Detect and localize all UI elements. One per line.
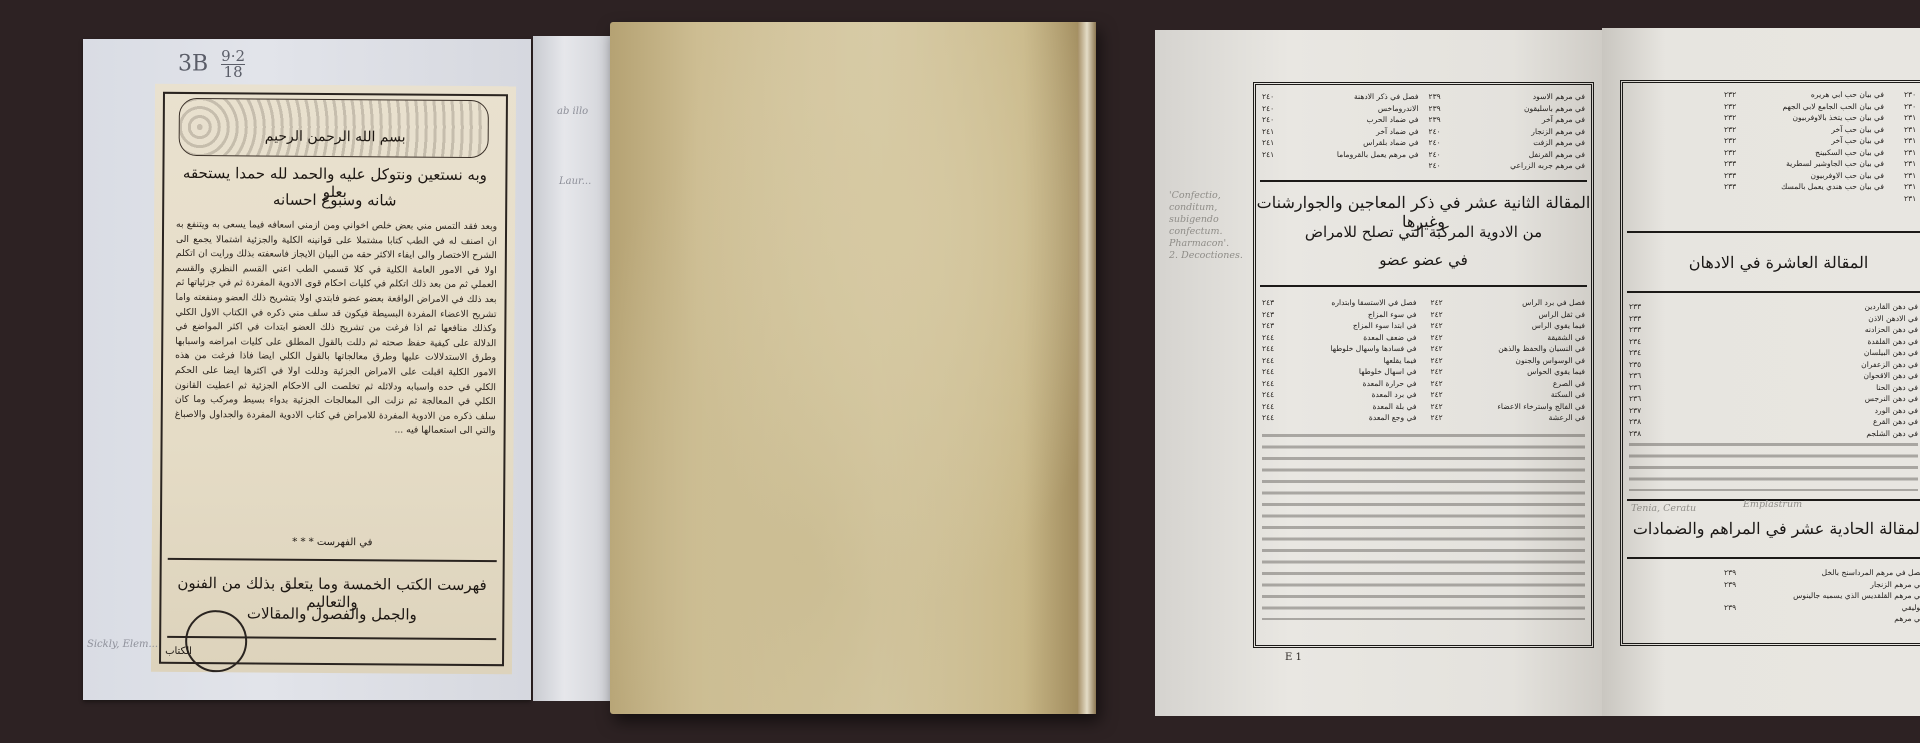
toc-entry: في النسيان والحفظ والذهن٢٤٢ bbox=[1431, 343, 1586, 355]
label-heading-line-2: شانه وسبوغ احسانه bbox=[174, 190, 495, 210]
toc-entry: في بيان الحب الجامع لابي الجهم٢٣٢ bbox=[1724, 101, 1884, 113]
margin-note-line: Pharmacon'. bbox=[1169, 238, 1259, 250]
toc-top-block: في مرهم الاسود٢٣٩ في مرهم باسليقون٢٣٩ في… bbox=[1262, 91, 1585, 172]
toc-top-block: في بيان حب الغافث٢٣٠ في بيان حب النجاح٢٣… bbox=[1629, 89, 1920, 204]
section-12-title-line-3: في عضو عضو bbox=[1256, 251, 1591, 269]
toc-entry: في دهن الشلجم٢٣٨ bbox=[1629, 428, 1918, 440]
margin-note: 'Confectio, conditum, subigendo confectu… bbox=[1169, 190, 1259, 262]
toc-entry: في حرارة المعدة٢٤٤ bbox=[1262, 378, 1417, 390]
toc-entry: في مرهم القلقديس الذي يسميه جالينوس bbox=[1724, 590, 1920, 602]
toc-entry: في دهن الورد٢٣٧ bbox=[1629, 405, 1918, 417]
toc-entry: في مرهم الزنجار٢٤٠ bbox=[1429, 126, 1586, 138]
label-corner-word: الكتاب bbox=[165, 646, 192, 657]
toc-entry: في دهن القلقدة٢٣٤ bbox=[1629, 336, 1918, 348]
printed-title-label: بسم الله الرحمن الرحيم وبه نستعين ونتوكل… bbox=[151, 84, 516, 675]
toc-entry: في دهن الزعفران٢٣٥ bbox=[1629, 359, 1918, 371]
toc-entry: في بيان حب الغافث٢٣٠ bbox=[1904, 89, 1920, 101]
toc-entry: فصل في برد الراس٢٤٢ bbox=[1431, 297, 1586, 309]
toc-entry: الاندروماخس٢٤٠ bbox=[1262, 103, 1419, 115]
toc-entry: في مرهم يعمل بالقروماما٢٤١ bbox=[1262, 149, 1419, 161]
basmala: بسم الله الرحمن الرحيم bbox=[155, 128, 516, 147]
margin-note-line: subigendo confectum. bbox=[1169, 214, 1259, 238]
toc-entry: فصل في ذكر الادهنة٢٤٠ bbox=[1262, 91, 1419, 103]
toc-entry: في مرهم آخر٢٣٩ bbox=[1429, 114, 1586, 126]
toc-entry: في وجع المعدة٢٤٤ bbox=[1262, 412, 1417, 424]
toc-entry: في بلة المعدة٢٤٤ bbox=[1262, 401, 1417, 413]
toc-entry: في ضماد الحرب٢٤٠ bbox=[1262, 114, 1419, 126]
cover-spine-edge bbox=[1078, 22, 1096, 714]
toc-entry: في بيان حب الجاوشير لسطرية٢٣٣ bbox=[1724, 158, 1884, 170]
label-body-text: وبعد فقد التمس مني بعض خلص اخواني ومن از… bbox=[175, 218, 498, 439]
shelfmark: 3B 9·2 18 bbox=[178, 49, 245, 80]
pencil-note: ab illo bbox=[557, 106, 588, 117]
toc-entry: في بيان حب السكبينج٢٣٢ bbox=[1724, 147, 1884, 159]
toc-entry: في دهن الحنا٢٣٦ bbox=[1629, 382, 1918, 394]
toc-entry: في بيان حب يتخذ بالاوفربيون٢٣٢ bbox=[1724, 112, 1884, 124]
toc-entry: في مرهم جربه الزراعي٢٤٠ bbox=[1429, 160, 1586, 172]
toc-section-10-entries: في دهن القاردين٢٣٣ في الادهن الاذن٢٣٣ في… bbox=[1629, 301, 1918, 491]
section-11-title: المقالة الحادية عشر في المراهم والضمادات bbox=[1623, 519, 1920, 538]
toc-frame: في مرهم الاسود٢٣٩ في مرهم باسليقون٢٣٩ في… bbox=[1253, 82, 1594, 648]
section-divider bbox=[1627, 231, 1920, 233]
toc-column: في بيان حب ابي هريره٢٣٢ في بيان الحب الج… bbox=[1724, 89, 1884, 204]
toc-column: في مرهم الاسود٢٣٩ في مرهم باسليقون٢٣٩ في… bbox=[1429, 91, 1586, 172]
toc-entry: في الشقيقة٢٤٢ bbox=[1431, 332, 1586, 344]
toc-entry: في بيان حب آخر٢٣٢ bbox=[1724, 124, 1884, 136]
toc-entry: في بيان حب النجاح٢٣٠ bbox=[1904, 101, 1920, 113]
toc-entry: في بيان حب الاوفربيون٢٣٣ bbox=[1724, 170, 1884, 182]
toc-entry: في بيان حب هندي يعمل بالمسك٢٣٣ bbox=[1724, 181, 1884, 193]
toc-entry: في اسهال خلوطها٢٤٤ bbox=[1262, 366, 1417, 378]
toc-entry: في ابتدا سوء المزاج٢٤٣ bbox=[1262, 320, 1417, 332]
toc-entry: فيما يقوي الراس٢٤٢ bbox=[1431, 320, 1586, 332]
margin-note-line: 2. Decoctiones. bbox=[1169, 250, 1259, 262]
toc-entry: في بيان حب البرمكي٢٣١ bbox=[1904, 181, 1920, 193]
margin-note-line: 'Confectio, conditum, bbox=[1169, 190, 1259, 214]
toc-page-right: في بيان حب الغافث٢٣٠ في بيان حب النجاح٢٣… bbox=[1602, 28, 1920, 716]
section-divider bbox=[1627, 291, 1920, 293]
pencil-note: Laur... bbox=[559, 176, 591, 187]
toc-column: فصل في ذكر الادهنة٢٤٠ الاندروماخس٢٤٠ في … bbox=[1262, 91, 1419, 172]
toc-entry: في دهن الاقحوان٢٣٦ bbox=[1629, 370, 1918, 382]
pencil-note: Emplastrum bbox=[1743, 499, 1802, 511]
toc-entry: في بيان حب الحند٢٣١ bbox=[1904, 147, 1920, 159]
toc-entry: في بيان حب الهاليلج٢٣١ bbox=[1904, 112, 1920, 124]
toc-continuation-lines bbox=[1629, 439, 1918, 491]
toc-entry: فصل في مرهم المرداسنج بالخل٢٣٩ bbox=[1724, 567, 1920, 579]
flyleaf-page: 3B 9·2 18 بسم الله الرحمن الرحيم وبه نست… bbox=[83, 39, 531, 700]
pencil-note: Sickly, Elem... bbox=[87, 639, 158, 650]
toc-entry: في السكتة٢٤٢ bbox=[1431, 389, 1586, 401]
folio-mark: E 1 bbox=[1285, 652, 1302, 663]
toc-entry: في الرعشة٢٤٢ bbox=[1431, 412, 1586, 424]
toc-entry: في بيان حب ابي الحارث٢٣١ bbox=[1904, 193, 1920, 205]
toc-entry: فصل في الاستسقا وابتداره٢٤٣ bbox=[1262, 297, 1417, 309]
toc-entry: في دهن القرع٢٣٨ bbox=[1629, 416, 1918, 428]
toc-entry: في مرهم bbox=[1724, 613, 1920, 625]
toc-entry: في سوء المزاج٢٤٣ bbox=[1262, 309, 1417, 321]
toc-entry: في الفالج واسترخاء الاعضاء٢٤٢ bbox=[1431, 401, 1586, 413]
toc-entry: في دهن البيلسان٢٣٤ bbox=[1629, 347, 1918, 359]
pencil-note: Tenia, Ceratu bbox=[1631, 503, 1696, 515]
spine-strip: ab illo Laur... bbox=[533, 36, 611, 701]
toc-entry: في ضعف المعدة٢٤٤ bbox=[1262, 332, 1417, 344]
toc-continuation-lines bbox=[1262, 430, 1585, 620]
shelfmark-fraction: 9·2 18 bbox=[221, 49, 245, 80]
toc-entry: في دهن الحزادنه٢٣٣ bbox=[1629, 324, 1918, 336]
toc-column: فصل في مرهم المرداسنج بالخل٢٣٩ في مرهم ا… bbox=[1724, 567, 1920, 625]
section-divider bbox=[1627, 557, 1920, 559]
toc-section-11-entries: في مرهم الاسفيذاج٢٣٩ في مرهم باسليقون كب… bbox=[1629, 567, 1920, 625]
label-closing: في الفهرست * * * bbox=[172, 536, 493, 549]
toc-page-left: 'Confectio, conditum, subigendo confectu… bbox=[1155, 30, 1602, 716]
toc-entry: فيما يقلعها٢٤٤ bbox=[1262, 355, 1417, 367]
section-divider bbox=[1260, 180, 1587, 182]
toc-entry: في الوسواس والجنون٢٤٢ bbox=[1431, 355, 1586, 367]
toc-entry: في مرهم الاسود٢٣٩ bbox=[1429, 91, 1586, 103]
toc-entry: في مرهم الزفت٢٤٠ bbox=[1429, 137, 1586, 149]
toc-entry: في مرهم القرنفل٢٤٠ bbox=[1429, 149, 1586, 161]
library-stamp-icon bbox=[185, 610, 247, 672]
toc-entry: فوليقي٢٣٩ bbox=[1724, 602, 1920, 614]
toc-entry: في الادهن الاذن٢٣٣ bbox=[1629, 313, 1918, 325]
toc-entry: في بيان حب ابي هريره٢٣٢ bbox=[1724, 89, 1884, 101]
toc-entry: في ضماد آخر٢٤١ bbox=[1262, 126, 1419, 138]
vellum-cover bbox=[610, 22, 1096, 714]
section-12-title-line-2: من الادوية المركبة التي تصلح للامراض bbox=[1256, 223, 1591, 241]
toc-body: فصل في برد الراس٢٤٢ في ثقل الراس٢٤٢ فيما… bbox=[1262, 297, 1585, 620]
toc-entry: في بيان حب آخر٢٣٢ bbox=[1724, 135, 1884, 147]
toc-entry: في دهن النرجس٢٣٦ bbox=[1629, 393, 1918, 405]
toc-entry: في بيان حب الحديري من كتاب المهجان٢٣١ bbox=[1904, 124, 1920, 136]
toc-frame: في بيان حب الغافث٢٣٠ في بيان حب النجاح٢٣… bbox=[1620, 80, 1920, 646]
toc-entry: في مرهم الزنجار٢٣٩ bbox=[1724, 579, 1920, 591]
shelfmark-main: 3B bbox=[178, 52, 208, 77]
open-book: 'Confectio, conditum, subigendo confectu… bbox=[1155, 28, 1920, 720]
toc-entry: في بيان حب الاسطمخيقون الكندي٢٣١ bbox=[1904, 170, 1920, 182]
toc-entry: في برد المعدة٢٤٤ bbox=[1262, 389, 1417, 401]
toc-column: في بيان حب الغافث٢٣٠ في بيان حب النجاح٢٣… bbox=[1904, 89, 1920, 204]
toc-entry: في بيان حب آخر٢٣١ bbox=[1904, 135, 1920, 147]
toc-entry: في فسادها واسهال خلوطها٢٤٤ bbox=[1262, 343, 1417, 355]
toc-entry: في بيان حب مالح مسهل٢٣١ bbox=[1904, 158, 1920, 170]
toc-entry: في مرهم باسليقون٢٣٩ bbox=[1429, 103, 1586, 115]
section-divider bbox=[1260, 285, 1587, 287]
toc-entry: في ضماد بلقراس٢٤١ bbox=[1262, 137, 1419, 149]
toc-entry: في دهن القاردين٢٣٣ bbox=[1629, 301, 1918, 313]
toc-column: فصل في الاستسقا وابتداره٢٤٣ في سوء المزا… bbox=[1262, 297, 1417, 424]
toc-entry: في ثقل الراس٢٤٢ bbox=[1431, 309, 1586, 321]
toc-entry: فيما يقوي الحواس٢٤٢ bbox=[1431, 366, 1586, 378]
toc-entry: في الصرع٢٤٢ bbox=[1431, 378, 1586, 390]
toc-column: فصل في برد الراس٢٤٢ في ثقل الراس٢٤٢ فيما… bbox=[1431, 297, 1586, 424]
shelfmark-fraction-bottom: 18 bbox=[221, 65, 245, 80]
section-10-title: المقالة العاشرة في الادهان bbox=[1623, 253, 1920, 272]
